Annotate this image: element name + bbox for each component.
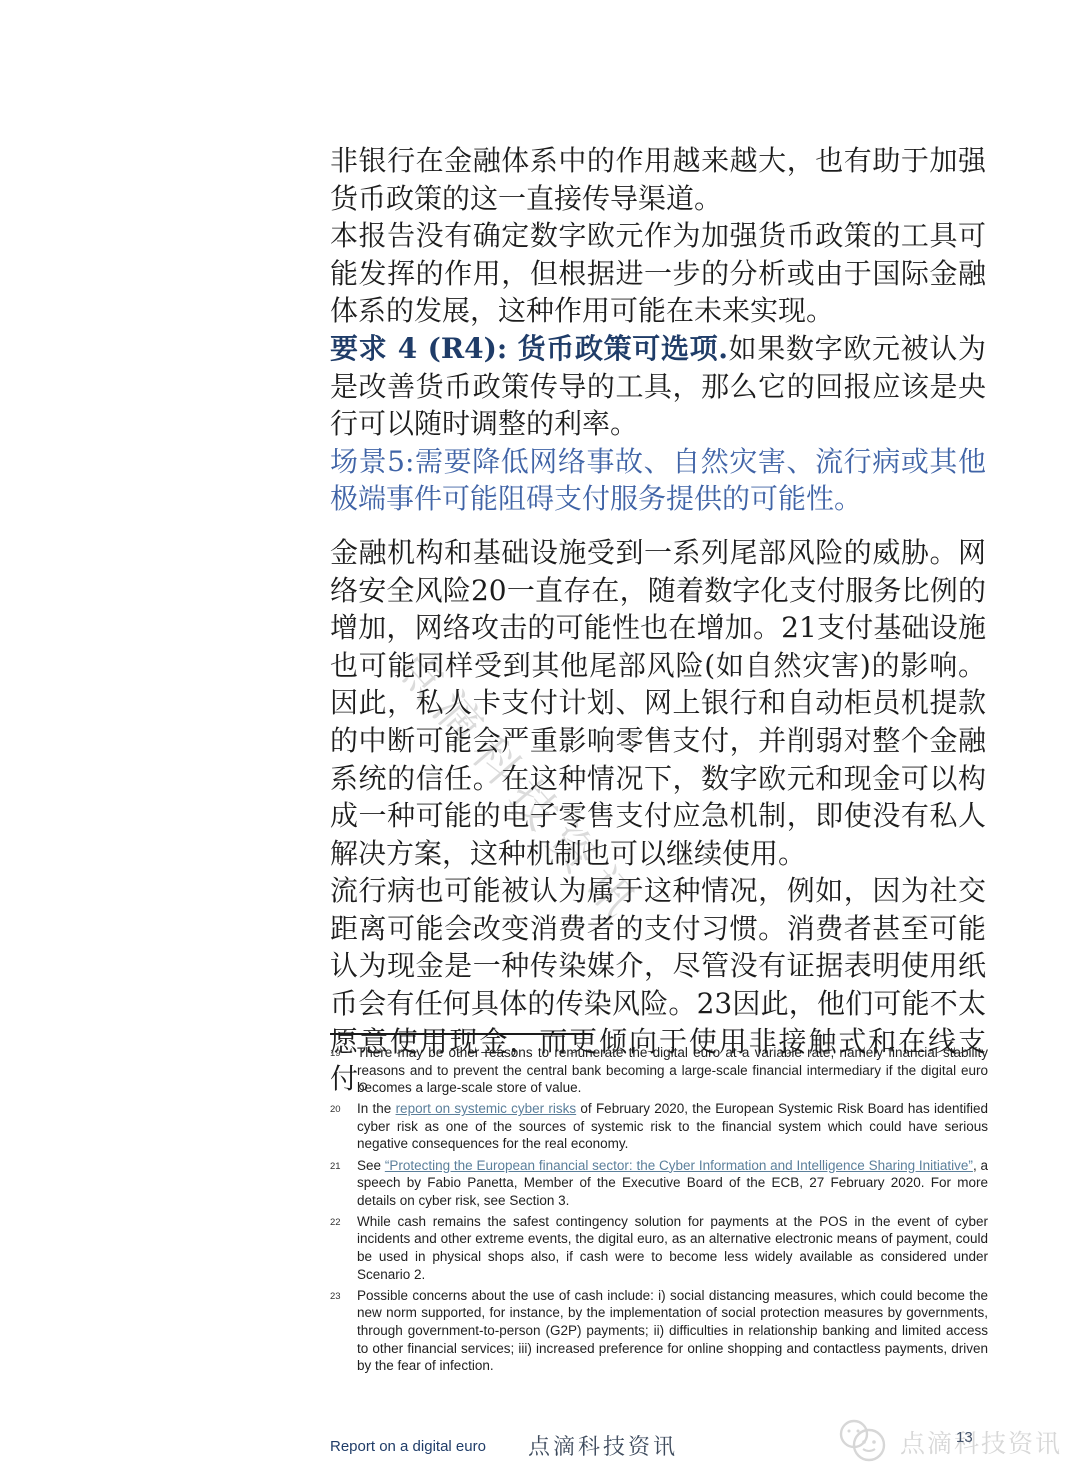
footnote-link-systemic-cyber-risks[interactable]: report on systemic cyber risks: [396, 1101, 577, 1116]
requirement-4-heading: 要求 4 (R4): 货币政策可选项.: [330, 332, 728, 365]
footnote-text: See “Protecting the European financial s…: [357, 1157, 988, 1210]
footnote-22: 22 While cash remains the safest conting…: [330, 1213, 988, 1283]
footnotes-section: 19 There may be other reasons to remuner…: [330, 1044, 988, 1378]
footnote-text-prefix: There may be other reasons to remunerate…: [357, 1045, 988, 1095]
paragraph-requirement-4: 要求 4 (R4): 货币政策可选项.如果数字欧元被认为是改善货币政策传导的工具…: [330, 330, 986, 443]
footnote-number: 20: [330, 1100, 357, 1153]
footnote-text-prefix: See: [357, 1158, 385, 1173]
footnote-20: 20 In the report on systemic cyber risks…: [330, 1100, 988, 1153]
paragraph-monetary-channel: 非银行在金融体系中的作用越来越大，也有助于加强货币政策的这一直接传导渠道。: [330, 142, 986, 217]
footnote-text: In the report on systemic cyber risks of…: [357, 1100, 988, 1153]
footer-watermark: 点滴科技资讯: [836, 1414, 1072, 1466]
paragraph-scenario-5-heading: 场景5:需要降低网络事故、自然灾害、流行病或其他极端事件可能阻碍支付服务提供的可…: [330, 443, 986, 518]
footnote-23: 23 Possible concerns about the use of ca…: [330, 1287, 988, 1375]
footer-watermark-text: 点滴科技资讯: [900, 1424, 1062, 1460]
document-body: 非银行在金融体系中的作用越来越大，也有助于加强货币政策的这一直接传导渠道。 本报…: [330, 142, 986, 1098]
paragraph-tail-risks: 金融机构和基础设施受到一系列尾部风险的威胁。网络安全风险20一直存在，随着数字化…: [330, 534, 986, 872]
paragraph-report-role: 本报告没有确定数字欧元作为加强货币政策的工具可能发挥的作用，但根据进一步的分析或…: [330, 217, 986, 330]
footnote-number: 22: [330, 1213, 357, 1283]
footnote-text-prefix: In the: [357, 1101, 396, 1116]
footnote-number: 21: [330, 1157, 357, 1210]
footer-channel-name: 点滴科技资讯: [528, 1430, 678, 1461]
footnote-21: 21 See “Protecting the European financia…: [330, 1157, 988, 1210]
page-number: 13: [956, 1429, 973, 1446]
footnote-separator: [330, 1033, 592, 1035]
footer-report-title: Report on a digital euro: [330, 1438, 486, 1455]
footnote-number: 19: [330, 1044, 357, 1097]
footnote-number: 23: [330, 1287, 357, 1375]
footnote-text: While cash remains the safest contingenc…: [357, 1213, 988, 1283]
footnote-text-prefix: While cash remains the safest contingenc…: [357, 1214, 988, 1282]
footnote-text: Possible concerns about the use of cash …: [357, 1287, 988, 1375]
footnote-text-prefix: Possible concerns about the use of cash …: [357, 1288, 988, 1373]
footnote-19: 19 There may be other reasons to remuner…: [330, 1044, 988, 1097]
footnote-text: There may be other reasons to remunerate…: [357, 1044, 988, 1097]
document-page: 点滴科技资讯 非银行在金融体系中的作用越来越大，也有助于加强货币政策的这一直接传…: [0, 0, 1080, 1468]
footnote-link-panetta-speech[interactable]: “Protecting the European financial secto…: [385, 1158, 973, 1173]
